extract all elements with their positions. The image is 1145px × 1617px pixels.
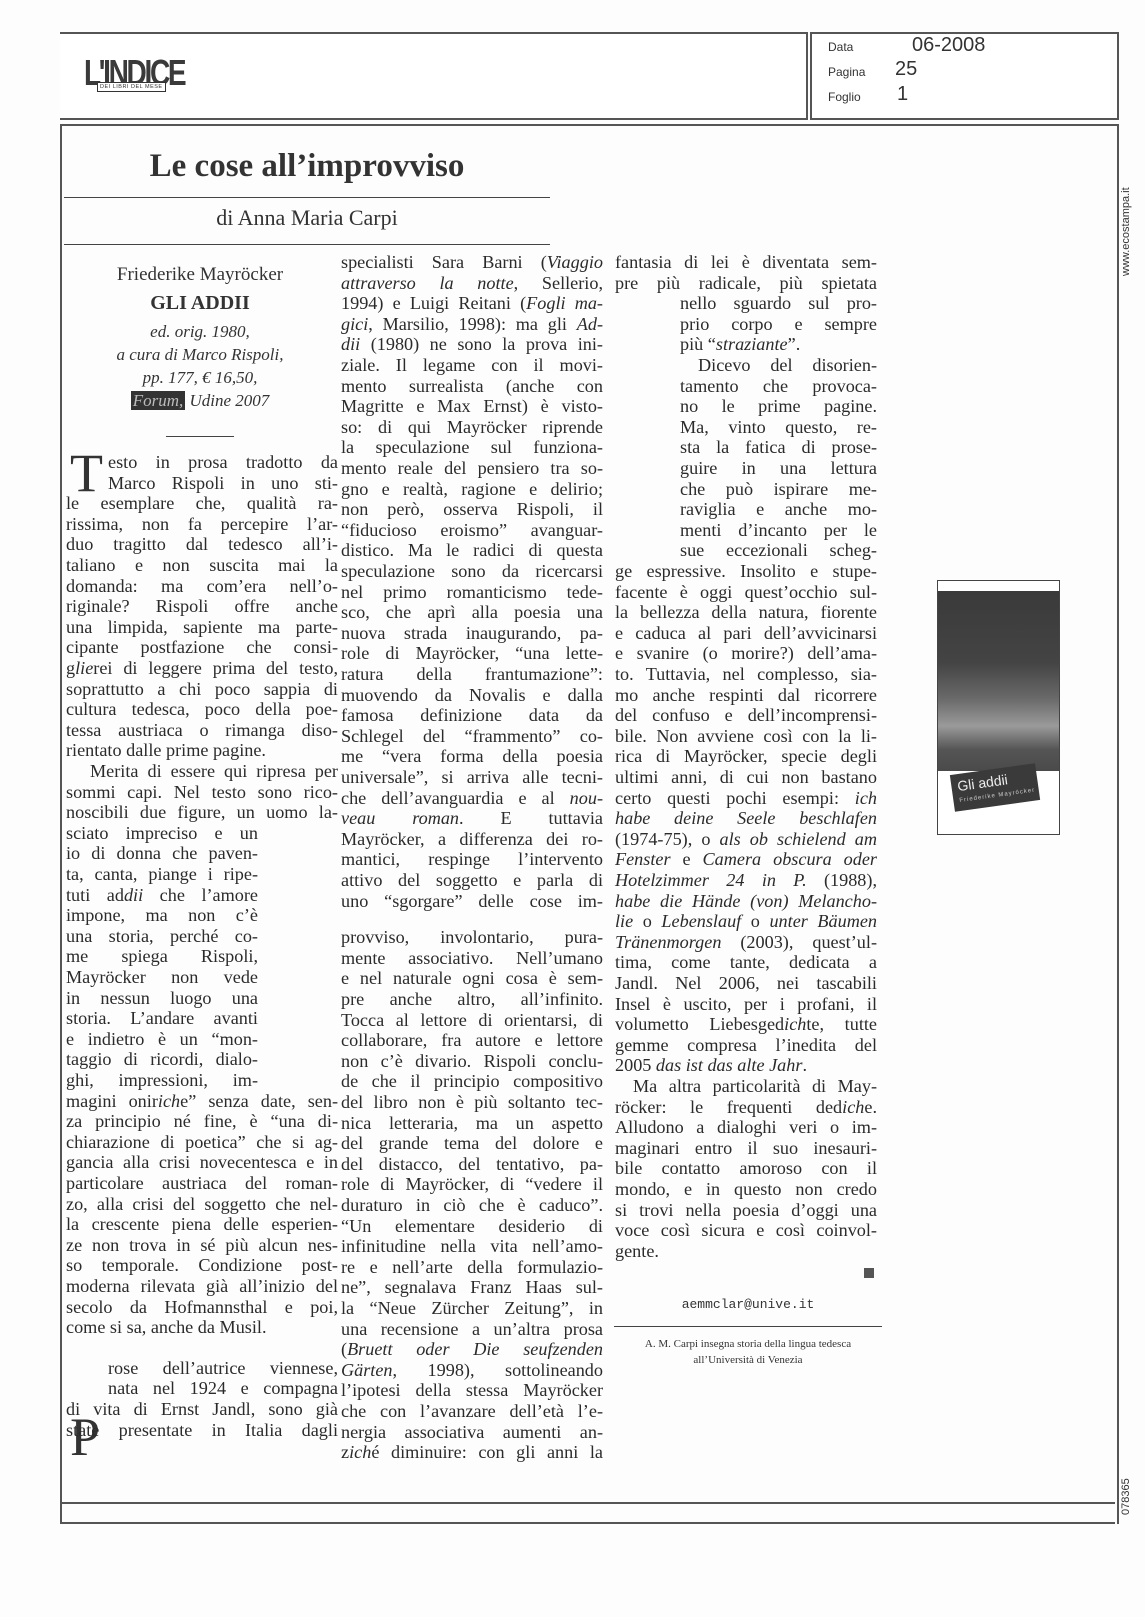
text-line: universale”, si arriva alle tecni- (341, 767, 603, 787)
text-line: la speculazione sul funziona- (341, 437, 603, 457)
text-line: Insel è uscito, per i profani, il (615, 994, 877, 1014)
publication-logo: L'INDICE DEI LIBRI DEL MESE (84, 56, 202, 93)
text-line: come si sa, anche da Musil. (66, 1317, 338, 1337)
text-line: chiarazione di poetica” che si ag- (66, 1132, 338, 1152)
text-line: rissima, non fa percepire l’ar- (66, 514, 338, 534)
book-author: Friederike Mayröcker (100, 264, 300, 286)
text-line: muovendo da Novalis e dalla (341, 685, 603, 705)
text-line: sciato impreciso e un (66, 823, 258, 843)
text-line: dii (1980) ne sono la prova ini- (341, 334, 603, 354)
text-line: za principio né fine, è “una di- (66, 1111, 338, 1131)
text-line: mantici, respinge l’intervento (341, 849, 603, 869)
book-detail-edition: ed. orig. 1980, (100, 322, 300, 342)
text-line: duraturo in ciò che è caduco”. (341, 1195, 603, 1215)
text-line: Gärten, 1998), sottolineando (341, 1360, 603, 1380)
author-email[interactable]: aemmclar@unive.it (612, 1297, 884, 1312)
text-line: pre più radicale, più spietata (615, 273, 877, 293)
text-line: pre anche altro, all’infinito. (341, 989, 603, 1009)
text-line: röcker: le frequenti dediche. (615, 1097, 877, 1117)
text-line: secolo da Hofmannsthal e poi, (66, 1297, 338, 1317)
text-line: una limpida, sapiente ma parte- (66, 617, 338, 637)
text-line: Fenster e Camera obscura oder (615, 849, 877, 869)
book-place-year: Udine 2007 (189, 391, 269, 410)
book-detail-editor: a cura di Marco Rispoli, (100, 345, 300, 365)
book-rule (166, 436, 234, 437)
text-line: 1994) e Luigi Reitani (Fogli ma- (341, 293, 603, 313)
text-line: prio corpo e sempre (680, 314, 877, 334)
end-mark-icon (864, 1268, 874, 1278)
text-line: re e nell’arte della formulazio- (341, 1257, 603, 1277)
text-line: rientato dalle prime pagine. (66, 740, 338, 760)
text-line: (1974-75), o als ob schielend am (615, 829, 877, 849)
text-line: esto in prosa tradotto da (108, 452, 338, 472)
text-line: mo anche respinti dal ricorrere (615, 685, 877, 705)
text-line: che può ispirare me- (680, 479, 877, 499)
text-line: famosa definizione data da (341, 705, 603, 725)
text-line: la bellezza della natura, fiorente (615, 602, 877, 622)
text-line: una recensione a un’altra prosa (341, 1319, 603, 1339)
text-line: gente. (615, 1241, 877, 1261)
text-line: e indietro è un “mon- (66, 1029, 258, 1049)
book-cover-image: Gli addii Friederike Mayröcker (937, 580, 1060, 835)
cover-title: Gli addii (956, 771, 1008, 794)
text-line: attivo del soggetto e parla di (341, 870, 603, 890)
text-line: sommi capi. Nel testo sono rico- (66, 782, 338, 802)
text-line: gno e realtà, ragione e delirio; (341, 479, 603, 499)
text-line: le esemplare che, qualità ra- (66, 493, 338, 513)
text-line: to. Tuttavia, nel complesso, sia- (615, 664, 877, 684)
text-line: del confuso e dell’incomprensi- (615, 705, 877, 725)
text-line: sco, che aprì alla poesia una (341, 602, 603, 622)
byline-rule (64, 244, 550, 245)
text-line: Mayröcker, a differenza dei ro- (341, 829, 603, 849)
text-line: Alludono a dialoghi veri o im- (615, 1117, 877, 1137)
text-line: Schlegel del “frammento” co- (341, 726, 603, 746)
text-line: 2005 das ist das alte Jahr. (615, 1055, 877, 1075)
page-cover-below (58, 1524, 1145, 1617)
text-line: so: di qui Mayröcker riprende (341, 417, 603, 437)
sheet-value: 1 (897, 83, 908, 106)
text-line: cipante postfazione che consi- (66, 637, 338, 657)
text-line: role di Mayröcker, di “vedere il (341, 1174, 603, 1194)
text-line: soprattutto a chi poco sappia di (66, 679, 338, 699)
book-title: GLI ADDII (100, 292, 300, 315)
page-label: Pagina (828, 65, 865, 79)
text-line: role di Mayröcker, “una lette- (341, 643, 603, 663)
text-line: duo tragitto dal tedesco all’i- (66, 534, 338, 554)
text-line: storia. L’andare avanti (66, 1008, 258, 1028)
text-line: la “Neue Zürcher Zeitung”, in (341, 1298, 603, 1318)
text-line: volumetto Liebesgedichte, tutte (615, 1014, 877, 1034)
logo-subtitle: DEI LIBRI DEL MESE (97, 82, 166, 92)
text-line: Tocca al lettore di orientarsi, di (341, 1010, 603, 1030)
text-line: nergia associativa aumenti an- (341, 1422, 603, 1442)
text-line: collaborare, fra autore e lettore (341, 1030, 603, 1050)
text-line: uno “sgorgare” delle cose im- (341, 891, 603, 911)
text-line: Ma altra particolarità di May- (633, 1076, 877, 1096)
text-line: non però, osserva Rispoli, il (341, 499, 603, 519)
text-line: fantasia di lei è diventata sem- (615, 252, 877, 272)
text-line: tuti addii che l’amore (66, 885, 258, 905)
text-line: Ma, vinto questo, re- (680, 417, 877, 437)
article-byline: di Anna Maria Carpi (64, 205, 550, 231)
text-line: specialisti Sara Barni (Viaggio (341, 252, 603, 272)
date-value: 06-2008 (912, 34, 985, 57)
text-line: ratura della frantumazione”: (341, 664, 603, 684)
text-line: Magritte e Max Ernst) è visto- (341, 396, 603, 416)
text-line: ta, canta, piange i ripe- (66, 864, 258, 884)
text-line: bile. Non avviene così con la li- (615, 726, 877, 746)
text-line: tima, come tante, dedicata a (615, 952, 877, 972)
bottom-frame-top (62, 1502, 1115, 1504)
text-line: tamento che provoca- (680, 376, 877, 396)
text-line: Marco Rispoli in uno sti- (108, 473, 338, 493)
title-rule (64, 197, 550, 198)
text-line: riginale? Rispoli offre anche (66, 596, 338, 616)
sheet-label: Foglio (828, 90, 861, 104)
text-line: rica di Mayröcker, specie degli (615, 746, 877, 766)
text-line: moderna rilevata già all’inizio del (66, 1276, 338, 1296)
text-line: Merita di essere qui ripresa per (90, 761, 338, 781)
text-line: “Un elementare desiderio di (341, 1216, 603, 1236)
text-line: Hotelzimmer 24 in P. (1988), (615, 870, 877, 890)
page-value: 25 (895, 58, 917, 81)
text-line: che dell’avanguardia e al nou- (341, 788, 603, 808)
text-line: ghi, impressioni, im- (66, 1070, 258, 1090)
text-line: “fiducioso eroismo” avanguar- (341, 520, 603, 540)
text-line: sue eccezionali scheg- (680, 540, 877, 560)
text-line: Jandl. Nel 2006, nei tascabili (615, 973, 877, 993)
text-line: del distacco, del tentativo, pa- (341, 1154, 603, 1174)
text-line: noscibili due figure, un uomo la- (66, 802, 338, 822)
text-line: nata nel 1924 e compagna (108, 1378, 338, 1398)
bio-rule (614, 1326, 882, 1327)
text-line: Mayröcker non vede (66, 967, 258, 987)
text-line: no le prime pagine. (680, 396, 877, 416)
text-line: mondo, e in questo non credo (615, 1179, 877, 1199)
text-line: habe die Hände (von) Melancho- (615, 891, 877, 911)
text-line: di vita di Ernst Jandl, sono già (66, 1399, 338, 1419)
text-line: Dicevo del disorien- (698, 355, 877, 375)
text-line: de che il principio compositivo (341, 1071, 603, 1091)
text-line: zo, alla crisi del soggetto che nel- (66, 1194, 338, 1214)
text-line: ultimi anni, di cui non bastano (615, 767, 877, 787)
text-line: sta la fatica di prose- (680, 437, 877, 457)
text-line: gemme compresa l’inedita del (615, 1035, 877, 1055)
text-line: cultura tedesca, poco della poe- (66, 699, 338, 719)
text-line: so temporale. Condizione post- (66, 1255, 338, 1275)
text-line: si trovi nella poesia d’oggi una (615, 1200, 877, 1220)
book-publisher: Forum, (131, 391, 186, 410)
text-line: e svanire (o morire?) dell’ama- (615, 643, 877, 663)
text-line: in nessun luogo una (66, 988, 258, 1008)
text-line: me “vera forma della poesia (341, 746, 603, 766)
text-line: ziché diminuire: con gli anni la (341, 1442, 603, 1462)
text-line: la crescente piena delle esperien- (66, 1214, 338, 1234)
text-line: impone, ma non c’è (66, 905, 258, 925)
text-line: taliano e non suscita mai la (66, 555, 338, 575)
text-line: ze non trova in sé più alcun nes- (66, 1235, 338, 1255)
text-line: nel primo romanticismo tede- (341, 582, 603, 602)
text-line: distico. Ma le radici di questa (341, 540, 603, 560)
text-line: più “straziante”. (680, 334, 877, 354)
text-line: domanda: ma com’era nell’o- (66, 576, 338, 596)
text-line: bile contatto amoroso con il (615, 1158, 877, 1178)
text-line: attraverso la notte, Sellerio, (341, 273, 603, 293)
text-line: non c’è divario. Rispoli conclu- (341, 1051, 603, 1071)
text-line: raviglia e anche mo- (680, 499, 877, 519)
text-line: una storia, perché co- (66, 926, 258, 946)
article-title: Le cose all’improvviso (64, 148, 550, 185)
text-line: glierei di leggere prima del testo, (66, 658, 338, 678)
text-line: mento surrealista (anche con (341, 376, 603, 396)
text-line: l’ipotesi della stessa Mayröcker (341, 1380, 603, 1400)
text-line: menti d’incanto per le (680, 520, 877, 540)
text-line: maginari entro il suo inesauri- (615, 1138, 877, 1158)
text-line: del libro non è più soltanto tec- (341, 1092, 603, 1112)
text-line: speculazione sono da ricercarsi (341, 561, 603, 581)
text-line: state presentate in Italia dagli (66, 1420, 338, 1440)
text-line: gancia alla crisi novecentesca e in (66, 1152, 338, 1172)
text-line: habe deine Seele beschlafen (615, 808, 877, 828)
text-line: lie o Lebenslauf o unter Bäumen (615, 911, 877, 931)
text-line: tessa austriaca o rimanga diso- (66, 720, 338, 740)
text-line: infinitudine nella vita nell’amo- (341, 1236, 603, 1256)
text-line: nuova strada inaugurando, pa- (341, 623, 603, 643)
text-line: mento reale del pensiero tra so- (341, 458, 603, 478)
dropcap-t: T (70, 451, 103, 495)
text-line: del grande tema del dolore e (341, 1133, 603, 1153)
text-line: guire in una lettura (680, 458, 877, 478)
text-line: mente associativo. Nell’umano (341, 948, 603, 968)
text-line: io di donna che paven- (66, 843, 258, 863)
website-vertical: www.ecostampa.it (1120, 187, 1132, 276)
date-label: Data (828, 40, 853, 54)
text-line: e caduca al pari dell’avvicinarsi (615, 623, 877, 643)
text-line: ge espressive. Insolito e stupe- (615, 561, 877, 581)
text-line: voce così sicura e così coinvol- (615, 1220, 877, 1240)
text-line: (Bruett oder Die seufzenden (341, 1339, 603, 1359)
text-line: nica letteraria, ma un aspetto (341, 1113, 603, 1133)
code-vertical: 078365 (1120, 1478, 1132, 1515)
cover-photo (938, 591, 1059, 771)
text-line: Tränenmorgen (2003), quest’ul- (615, 932, 877, 952)
text-line: me spiega Rispoli, (66, 946, 258, 966)
bio-line-1: A. M. Carpi insegna storia della lingua … (612, 1336, 884, 1352)
text-line: veau roman. E tuttavia (341, 808, 603, 828)
text-line: ziale. Il legame con il movi- (341, 355, 603, 375)
text-line: magini oniriche” senza date, sen- (66, 1091, 338, 1111)
text-line: ne”, segnalava Franz Haas sul- (341, 1277, 603, 1297)
text-line: e nel naturale ogni cosa è sem- (341, 968, 603, 988)
text-line: gici, Marsilio, 1998): ma gli Ad- (341, 314, 603, 334)
text-line: che con l’avanzare dell’età l’e- (341, 1401, 603, 1421)
bio-line-2: all’Università di Venezia (612, 1352, 884, 1368)
book-detail-price: pp. 177, € 16,50, (100, 368, 300, 388)
text-line: particolare austriaca del roman- (66, 1173, 338, 1193)
author-bio: A. M. Carpi insegna storia della lingua … (612, 1336, 884, 1368)
text-line: rose dell’autrice viennese, (108, 1358, 338, 1378)
text-line: nello sguardo sul pro- (680, 293, 877, 313)
text-line: certo questi pochi esempi: ich (615, 788, 877, 808)
text-line: facente è oggi quest’occhio sul- (615, 582, 877, 602)
text-line: taggio di ricordi, dialo- (66, 1049, 258, 1069)
text-line: provviso, involontario, pura- (341, 927, 603, 947)
book-publisher-line: Forum, Udine 2007 (100, 391, 300, 411)
